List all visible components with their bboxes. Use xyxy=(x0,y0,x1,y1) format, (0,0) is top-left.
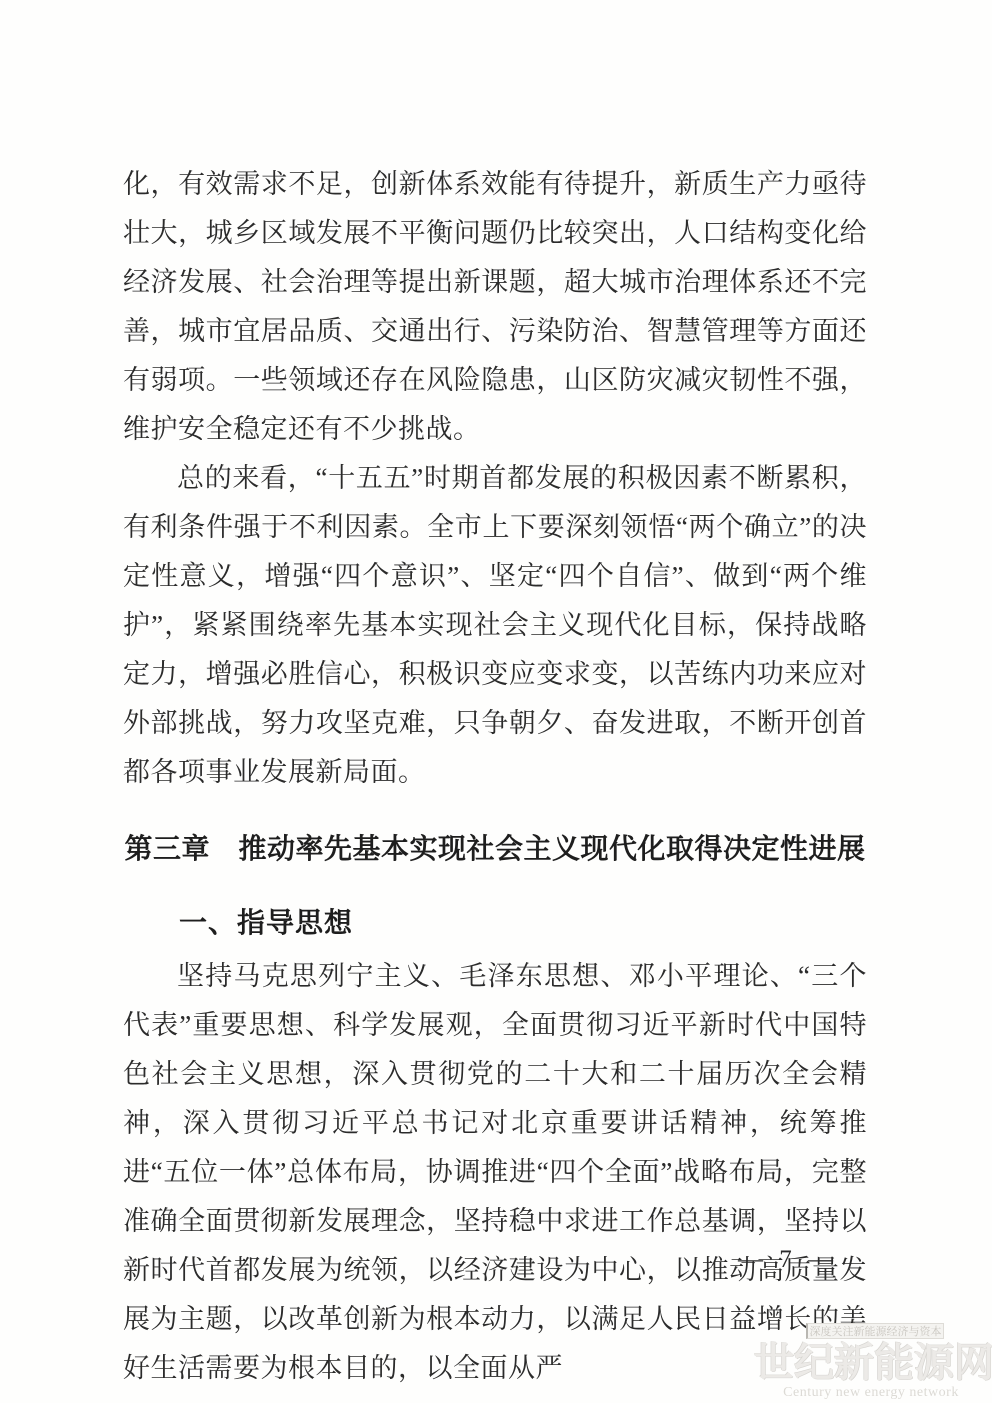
document-content: 化，有效需求不足，创新体系效能有待提升，新质生产力亟待壮大，城乡区域发展不平衡问… xyxy=(123,160,867,1393)
page-number: — 7 — xyxy=(738,1245,848,1275)
document-page: 化，有效需求不足，创新体系效能有待提升，新质生产力亟待壮大，城乡区域发展不平衡问… xyxy=(0,0,992,1403)
watermark-logo-text: 世纪新能源网 xyxy=(754,1341,988,1385)
body-paragraph-guiding-ideology: 坚持马克思列宁主义、毛泽东思想、邓小平理论、“三个代表”重要思想、科学发展观，全… xyxy=(123,952,867,1393)
watermark-logo-subtext: Century new energy network xyxy=(754,1385,988,1401)
chapter-heading: 第三章 推动率先基本实现社会主义现代化取得决定性进展 xyxy=(123,824,867,873)
body-paragraph-continuation: 化，有效需求不足，创新体系效能有待提升，新质生产力亟待壮大，城乡区域发展不平衡问… xyxy=(123,160,867,454)
watermark-slogan: 深度关注新能源经济与资本 xyxy=(806,1323,944,1339)
body-paragraph-summary: 总的来看，“十五五”时期首都发展的积极因素不断累积，有利条件强于不利因素。全市上… xyxy=(123,454,867,797)
section-heading: 一、指导思想 xyxy=(123,901,867,945)
